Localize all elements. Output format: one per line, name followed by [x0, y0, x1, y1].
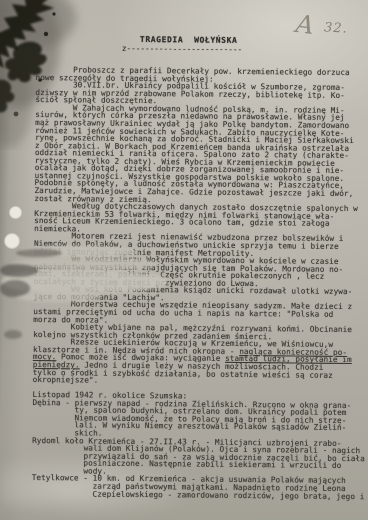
punch-hole	[4, 233, 20, 249]
handwritten-annotation-number: 32.	[324, 20, 348, 36]
scanned-document-page: A 32. TRAGEDIA WOŁYŃSKA z---------------…	[0, 0, 368, 520]
punch-hole	[9, 206, 22, 219]
paper-damage-dark-mark	[4, 330, 22, 339]
paper-damage-dark-mark	[16, 249, 62, 257]
title-underline: z-------------------------	[122, 45, 366, 55]
paper-damage-patch	[16, 291, 102, 302]
handwritten-annotation-letter: A	[294, 9, 315, 40]
